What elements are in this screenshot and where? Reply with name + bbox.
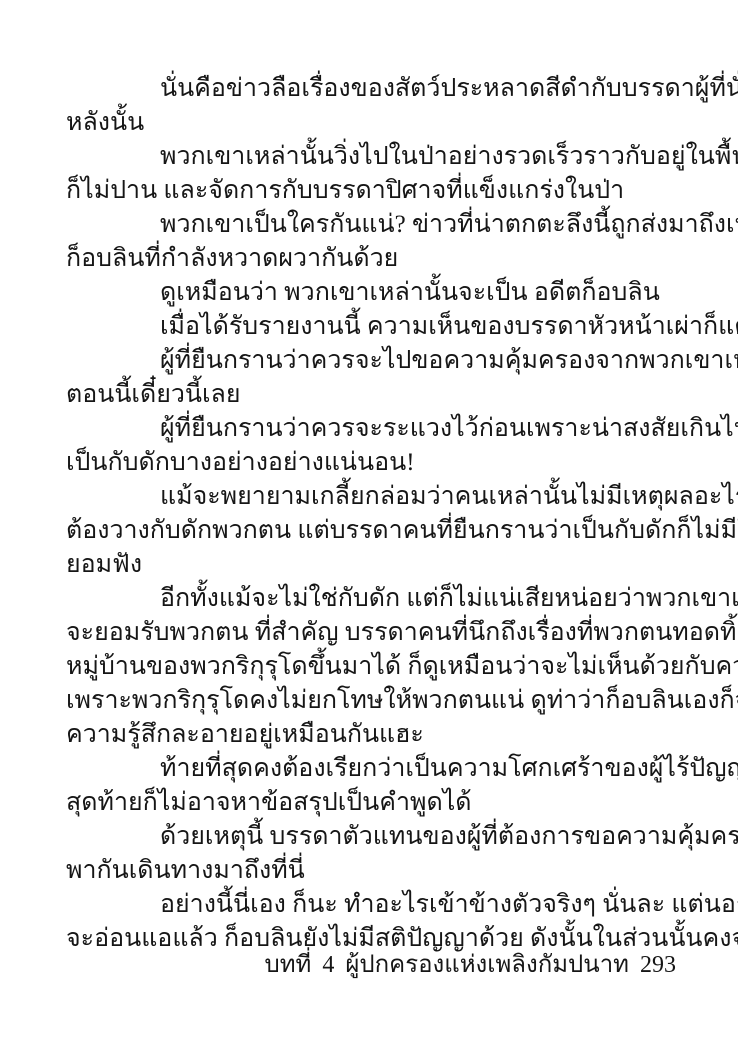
text-line: หลังนั้น (66, 106, 680, 140)
page-footer: บทที่ 4 ผู้ปกครองแห่งเพลิงกัมปนาท 293 (264, 948, 676, 982)
text-line: ตอนนี้เดี๋ยวนี้เลย (66, 378, 680, 412)
text-line: พวกเขาเหล่านั้นวิ่งไปในป่าอย่างรวดเร็วรา… (66, 140, 680, 174)
text-line: อย่างนี้นี่เอง ก็นะ ทำอะไรเข้าข้างตัวจริ… (66, 888, 680, 922)
text-line: ผู้ที่ยืนกรานว่าควรจะไปขอความคุ้มครองจาก… (66, 344, 680, 378)
chapter-title: ผู้ปกครองแห่งเพลิงกัมปนาท (345, 948, 629, 982)
page-number: 293 (640, 948, 676, 982)
page-body-text: นั่นคือข่าวลือเรื่องของสัตว์ประหลาดสีดำก… (66, 72, 680, 956)
text-line: ต้องวางกับดักพวกตน แต่บรรดาคนที่ยืนกรานว… (66, 514, 680, 548)
text-line: พากันเดินทางมาถึงที่นี่ (66, 854, 680, 888)
text-line: แม้จะพยายามเกลี้ยกล่อมว่าคนเหล่านั้นไม่ม… (66, 480, 680, 514)
text-line: นั่นคือข่าวลือเรื่องของสัตว์ประหลาดสีดำก… (66, 72, 680, 106)
text-line: หมู่บ้านของพวกริกุรุโดขึ้นมาได้ ก็ดูเหมื… (66, 650, 680, 684)
text-line: ยอมฟัง (66, 548, 680, 582)
chapter-number: 4 (322, 948, 334, 982)
text-line: เป็นกับดักบางอย่างอย่างแน่นอน! (66, 446, 680, 480)
text-line: พวกเขาเป็นใครกันแน่? ข่าวที่น่าตกตะลึงนี… (66, 208, 680, 242)
text-line: ท้ายที่สุดคงต้องเรียกว่าเป็นความโศกเศร้า… (66, 752, 680, 786)
text-line: อีกทั้งแม้จะไม่ใช่กับดัก แต่ก็ไม่แน่เสีย… (66, 582, 680, 616)
text-line: ด้วยเหตุนี้ บรรดาตัวแทนของผู้ที่ต้องการข… (66, 820, 680, 854)
text-line: จะยอมรับพวกตน ที่สำคัญ บรรดาคนที่นึกถึงเ… (66, 616, 680, 650)
text-line: ผู้ที่ยืนกรานว่าควรจะระแวงไว้ก่อนเพราะน่… (66, 412, 680, 446)
text-line: ดูเหมือนว่า พวกเขาเหล่านั้นจะเป็น อดีตก็… (66, 276, 680, 310)
text-line: สุดท้ายก็ไม่อาจหาข้อสรุปเป็นคำพูดได้ (66, 786, 680, 820)
text-line: ก็ไม่ปาน และจัดการกับบรรดาปิศาจที่แข็งแก… (66, 174, 680, 208)
text-line: ก็อบลินที่กำลังหวาดผวากันด้วย (66, 242, 680, 276)
text-line: เพราะพวกริกุรุโดคงไม่ยกโทษให้พวกตนแน่ ดู… (66, 684, 680, 718)
text-line: ความรู้สึกละอายอยู่เหมือนกันแฮะ (66, 718, 680, 752)
text-line: เมื่อได้รับรายงานนี้ ความเห็นของบรรดาหัว… (66, 310, 680, 344)
chapter-label: บทที่ (264, 948, 311, 982)
book-page: นั่นคือข่าวลือเรื่องของสัตว์ประหลาดสีดำก… (0, 0, 738, 1051)
